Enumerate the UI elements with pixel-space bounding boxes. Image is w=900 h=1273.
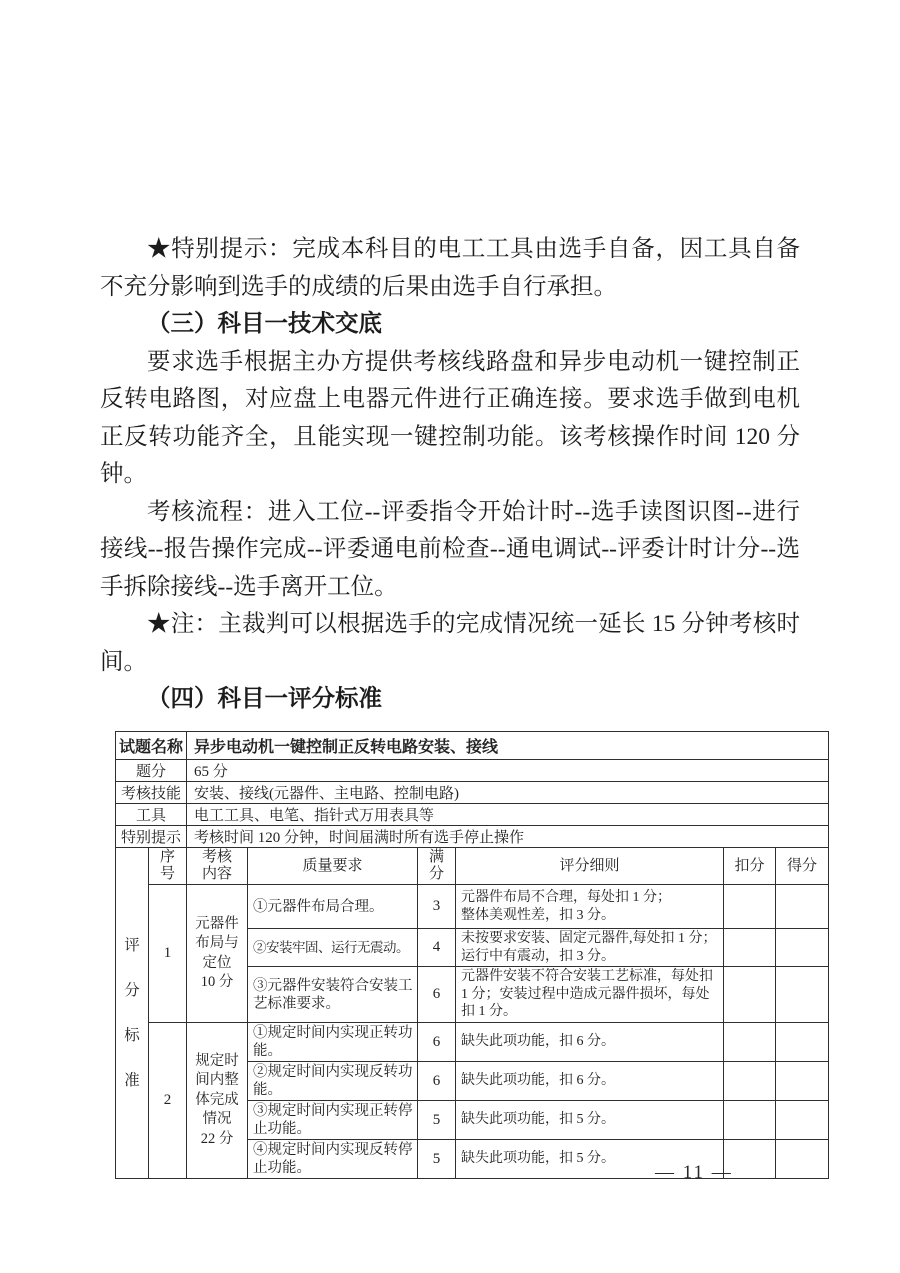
score-cell bbox=[776, 1062, 829, 1101]
info-value-notice: 考核时间 120 分钟，时间届满时所有选手停止操作 bbox=[187, 826, 829, 848]
section-content: 规定时 间内整 体完成 情况 22 分 bbox=[187, 1023, 248, 1179]
section-content: 元器件 布局与 定位 10 分 bbox=[187, 885, 248, 1023]
quality-requirement: ④规定时间内实现反转停 止功能。 bbox=[248, 1140, 418, 1179]
deduction-cell bbox=[724, 885, 776, 929]
column-header-seq: 序 号 bbox=[149, 848, 187, 885]
info-value-skills: 安装、接线(元器件、主电路、控制电路) bbox=[187, 782, 829, 804]
quality-requirement: ③规定时间内实现正转停 止功能。 bbox=[248, 1101, 418, 1140]
info-label-points: 题分 bbox=[116, 760, 187, 782]
table-row: 1 元器件 布局与 定位 10 分 ①元器件布局合理。 3 元器件布局不合理，每… bbox=[116, 885, 829, 929]
quality-requirement: ②规定时间内实现反转功 能。 bbox=[248, 1062, 418, 1101]
body-text: ★特别提示：完成本科目的电工工具由选手自备，因工具自备不充分影响到选手的成绩的后… bbox=[100, 231, 800, 719]
table-row: 试题名称 异步电动机一键控制正反转电路安装、接线 bbox=[116, 732, 829, 760]
quality-requirement: ②安装牢固、运行无震动。 bbox=[248, 929, 418, 967]
table-row: 特别提示 考核时间 120 分钟，时间届满时所有选手停止操作 bbox=[116, 826, 829, 848]
column-header-fullscore: 满 分 bbox=[418, 848, 456, 885]
info-label-skills: 考核技能 bbox=[116, 782, 187, 804]
score-cell bbox=[776, 1101, 829, 1140]
table-row: 题分 65 分 bbox=[116, 760, 829, 782]
paragraph-special-note: ★特别提示：完成本科目的电工工具由选手自备，因工具自备不充分影响到选手的成绩的后… bbox=[100, 231, 800, 306]
document-page: ★特别提示：完成本科目的电工工具由选手自备，因工具自备不充分影响到选手的成绩的后… bbox=[0, 0, 900, 1273]
info-value-exam-name: 异步电动机一键控制正反转电路安装、接线 bbox=[187, 732, 829, 760]
score-cell bbox=[776, 929, 829, 967]
full-score: 6 bbox=[418, 1023, 456, 1062]
info-label-notice: 特别提示 bbox=[116, 826, 187, 848]
deduction-cell bbox=[724, 967, 776, 1023]
column-header-detail: 评分细则 bbox=[456, 848, 724, 885]
column-header-quality: 质量要求 bbox=[248, 848, 418, 885]
score-cell bbox=[776, 885, 829, 929]
column-header-score: 得分 bbox=[776, 848, 829, 885]
full-score: 4 bbox=[418, 929, 456, 967]
full-score: 6 bbox=[418, 967, 456, 1023]
full-score: 6 bbox=[418, 1062, 456, 1101]
quality-requirement: ①规定时间内实现正转功 能。 bbox=[248, 1023, 418, 1062]
deduction-cell bbox=[724, 929, 776, 967]
page-number: — 11 — bbox=[655, 1162, 815, 1184]
heading-section-four: （四）科目一评分标准 bbox=[100, 681, 800, 719]
scoring-detail: 缺失此项功能，扣 6 分。 bbox=[456, 1062, 724, 1101]
heading-section-three: （三）科目一技术交底 bbox=[100, 306, 800, 344]
scoring-detail: 缺失此项功能，扣 6 分。 bbox=[456, 1023, 724, 1062]
section-number: 2 bbox=[149, 1023, 187, 1179]
table-header-row: 评 分 标 准 序 号 考核 内容 质量要求 满 分 评分细则 扣分 得分 bbox=[116, 848, 829, 885]
column-header-content: 考核 内容 bbox=[187, 848, 248, 885]
info-label-exam-name: 试题名称 bbox=[116, 732, 187, 760]
info-value-tools: 电工工具、电笔、指针式万用表具等 bbox=[187, 804, 829, 826]
scoring-detail: 元器件布局不合理，每处扣 1 分； 整体美观性差，扣 3 分。 bbox=[456, 885, 724, 929]
info-label-tools: 工具 bbox=[116, 804, 187, 826]
scoring-detail: 未按要求安装、固定元器件,每处扣 1 分； 运行中有震动，扣 3 分。 bbox=[456, 929, 724, 967]
column-header-deduction: 扣分 bbox=[724, 848, 776, 885]
table-row: 工具 电工工具、电笔、指针式万用表具等 bbox=[116, 804, 829, 826]
deduction-cell bbox=[724, 1023, 776, 1062]
deduction-cell bbox=[724, 1062, 776, 1101]
paragraph-judge-note: ★注：主裁判可以根据选手的完成情况统一延长 15 分钟考核时间。 bbox=[100, 606, 800, 681]
full-score: 3 bbox=[418, 885, 456, 929]
info-value-points: 65 分 bbox=[187, 760, 829, 782]
full-score: 5 bbox=[418, 1140, 456, 1179]
table-row: 2 规定时 间内整 体完成 情况 22 分 ①规定时间内实现正转功 能。 6 缺… bbox=[116, 1023, 829, 1062]
deduction-cell bbox=[724, 1101, 776, 1140]
full-score: 5 bbox=[418, 1101, 456, 1140]
side-label-scoring-standard: 评 分 标 准 bbox=[116, 848, 149, 1179]
scoring-detail: 元器件安装不符合安装工艺标准，每处扣 1 分；安装过程中造成元器件损坏，每处 扣… bbox=[456, 967, 724, 1023]
paragraph-tech-brief: 要求选手根据主办方提供考核线路盘和异步电动机一键控制正反转电路图，对应盘上电器元… bbox=[100, 344, 800, 494]
table-row: 考核技能 安装、接线(元器件、主电路、控制电路) bbox=[116, 782, 829, 804]
quality-requirement: ①元器件布局合理。 bbox=[248, 885, 418, 929]
score-cell bbox=[776, 1023, 829, 1062]
scoring-standard-table: 试题名称 异步电动机一键控制正反转电路安装、接线 题分 65 分 考核技能 安装… bbox=[115, 731, 829, 1179]
quality-requirement: ③元器件安装符合安装工 艺标准要求。 bbox=[248, 967, 418, 1023]
section-number: 1 bbox=[149, 885, 187, 1023]
score-cell bbox=[776, 967, 829, 1023]
paragraph-exam-flow: 考核流程：进入工位--评委指令开始计时--选手读图识图--进行接线--报告操作完… bbox=[100, 494, 800, 607]
scoring-detail: 缺失此项功能，扣 5 分。 bbox=[456, 1101, 724, 1140]
